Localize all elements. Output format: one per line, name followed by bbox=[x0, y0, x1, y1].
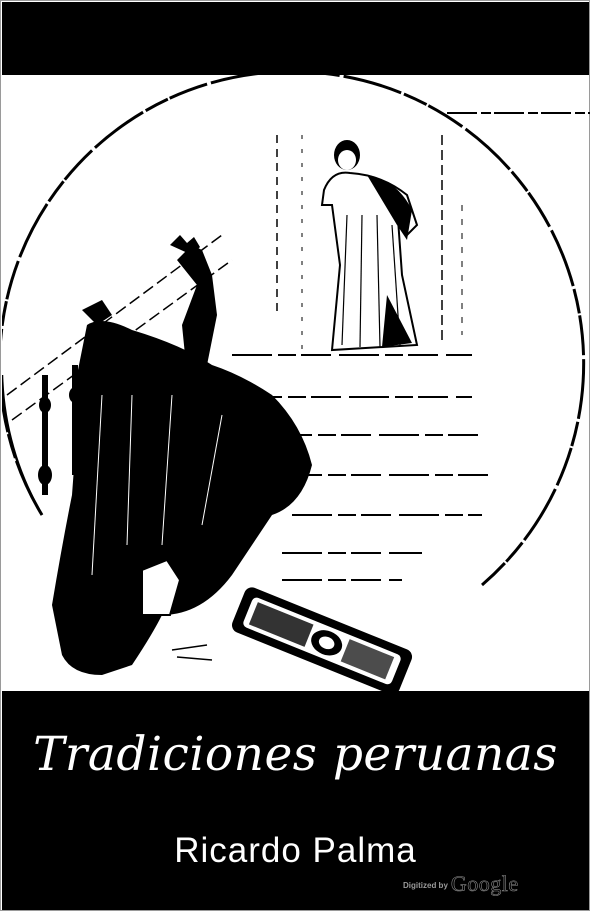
engraving-illustration-icon bbox=[2, 75, 590, 691]
fallen-object bbox=[230, 585, 415, 691]
book-author: Ricardo Palma bbox=[2, 831, 589, 871]
top-black-bar bbox=[2, 2, 589, 75]
priest-figure bbox=[322, 140, 417, 350]
cover-illustration bbox=[2, 75, 590, 691]
watermark-prefix: Digitized by bbox=[403, 881, 448, 891]
google-logo-icon: Google bbox=[451, 873, 519, 895]
book-cover: Tradiciones peruanas Ricardo Palma Digit… bbox=[0, 0, 590, 911]
book-title: Tradiciones peruanas bbox=[2, 725, 589, 785]
title-banner: Tradiciones peruanas Ricardo Palma Digit… bbox=[2, 691, 589, 910]
digitized-watermark: Digitized by Google bbox=[403, 871, 519, 895]
